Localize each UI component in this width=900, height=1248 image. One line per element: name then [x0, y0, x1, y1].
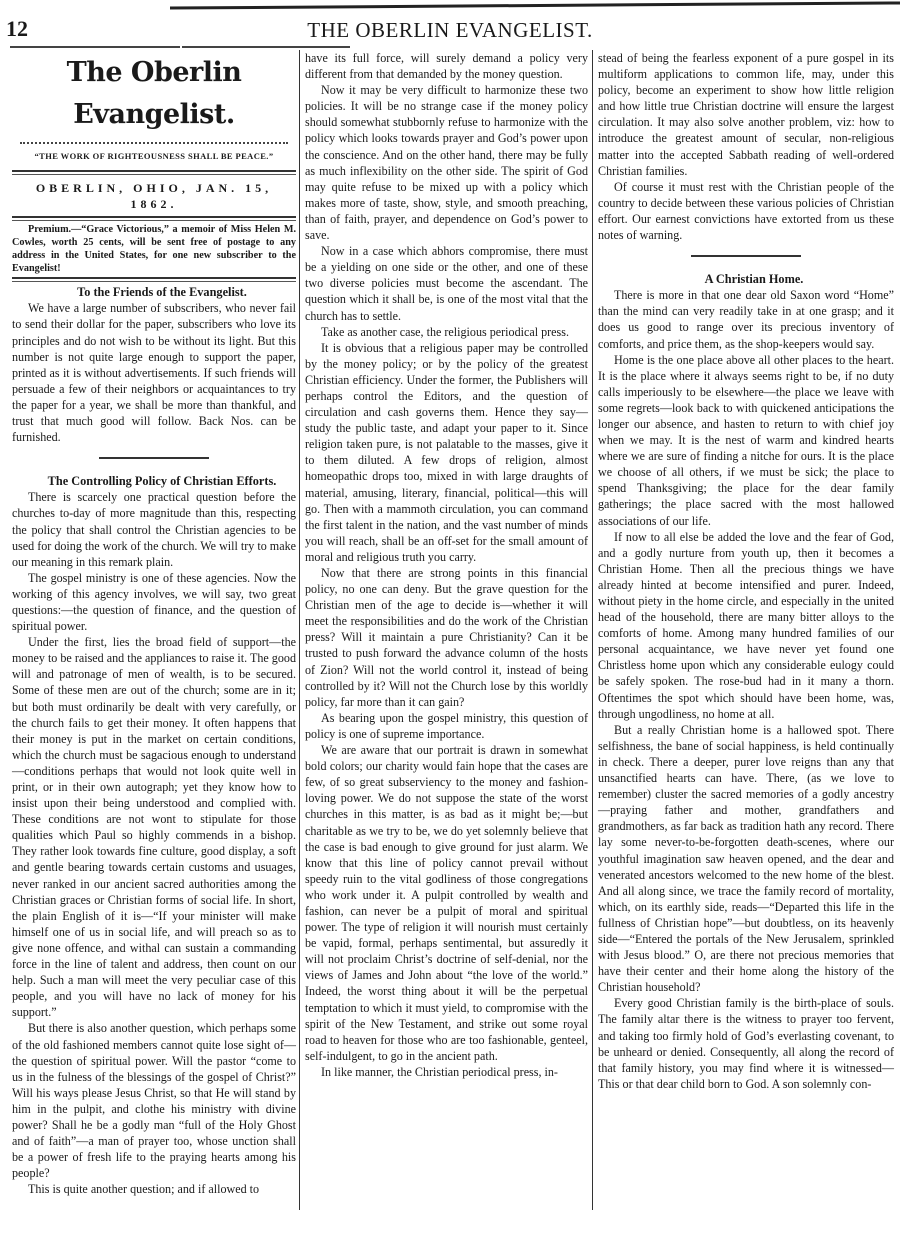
article-heading-christian-home: A Christian Home.: [598, 271, 894, 287]
article-paragraph: If now to all else be added the love and…: [598, 529, 894, 722]
article-paragraph: It is obvious that a religious paper may…: [305, 340, 588, 565]
article-paragraph: There is scarcely one practical question…: [12, 489, 296, 569]
article-paragraph: As bearing upon the gospel ministry, thi…: [305, 710, 588, 742]
article-paragraph: Now it may be very difficult to harmoniz…: [305, 82, 588, 243]
column-divider: [299, 50, 300, 1210]
article-heading-friends: To the Friends of the Evangelist.: [12, 284, 296, 300]
article-paragraph: Home is the one place above all other pl…: [598, 352, 894, 529]
premium-notice: Premium.—“Grace Victorious,” a memoir of…: [12, 223, 296, 275]
section-divider: [99, 457, 209, 459]
masthead-motto: “THE WORK OF RIGHTEOUSNESS SHALL BE PEAC…: [12, 148, 296, 164]
article-paragraph: But a really Christian home is a hallowe…: [598, 722, 894, 996]
article-paragraph: In like manner, the Christian periodical…: [305, 1064, 588, 1080]
column-3: stead of being the fearless exponent of …: [598, 50, 894, 1092]
article-paragraph: Under the first, lies the broad field of…: [12, 634, 296, 1020]
top-rule: [170, 1, 900, 9]
rule: [12, 170, 296, 175]
section-divider: [691, 255, 801, 257]
column-1: The Oberlin Evangelist. “THE WORK OF RIG…: [12, 50, 296, 1197]
article-paragraph: stead of being the fearless exponent of …: [598, 50, 894, 179]
article-paragraph: But there is also another question, whic…: [12, 1020, 296, 1181]
rule: [12, 277, 296, 282]
article-paragraph: Now in a case which abhors compromise, t…: [305, 243, 588, 323]
article-paragraph: Take as another case, the religious peri…: [305, 324, 588, 340]
article-paragraph: Every good Christian family is the birth…: [598, 995, 894, 1092]
masthead-title: The Oberlin Evangelist.: [12, 52, 296, 136]
article-paragraph: Now that there are strong points in this…: [305, 565, 588, 710]
running-title: THE OBERLIN EVANGELIST.: [0, 18, 900, 43]
column-2: have its full force, will surely demand …: [305, 50, 588, 1080]
column-divider: [592, 50, 593, 1210]
article-paragraph: have its full force, will surely demand …: [305, 50, 588, 82]
article-paragraph: This is quite another question; and if a…: [12, 1181, 296, 1197]
article-paragraph: There is more in that one dear old Saxon…: [598, 287, 894, 351]
page-header: 12 THE OBERLIN EVANGELIST.: [0, 16, 900, 42]
article-paragraph: We have a large number of subscribers, w…: [12, 300, 296, 445]
rule: [12, 216, 296, 221]
masthead-ornament: [20, 136, 288, 144]
article-paragraph: The gospel ministry is one of these agen…: [12, 570, 296, 634]
header-rule: [182, 46, 350, 48]
article-paragraph: We are aware that our portrait is drawn …: [305, 742, 588, 1064]
article-heading-controlling-policy: The Controlling Policy of Christian Effo…: [12, 473, 296, 489]
header-rule: [10, 46, 180, 48]
article-paragraph: Of course it must rest with the Christia…: [598, 179, 894, 243]
dateline: OBERLIN, OHIO, JAN. 15, 1862.: [12, 180, 296, 212]
